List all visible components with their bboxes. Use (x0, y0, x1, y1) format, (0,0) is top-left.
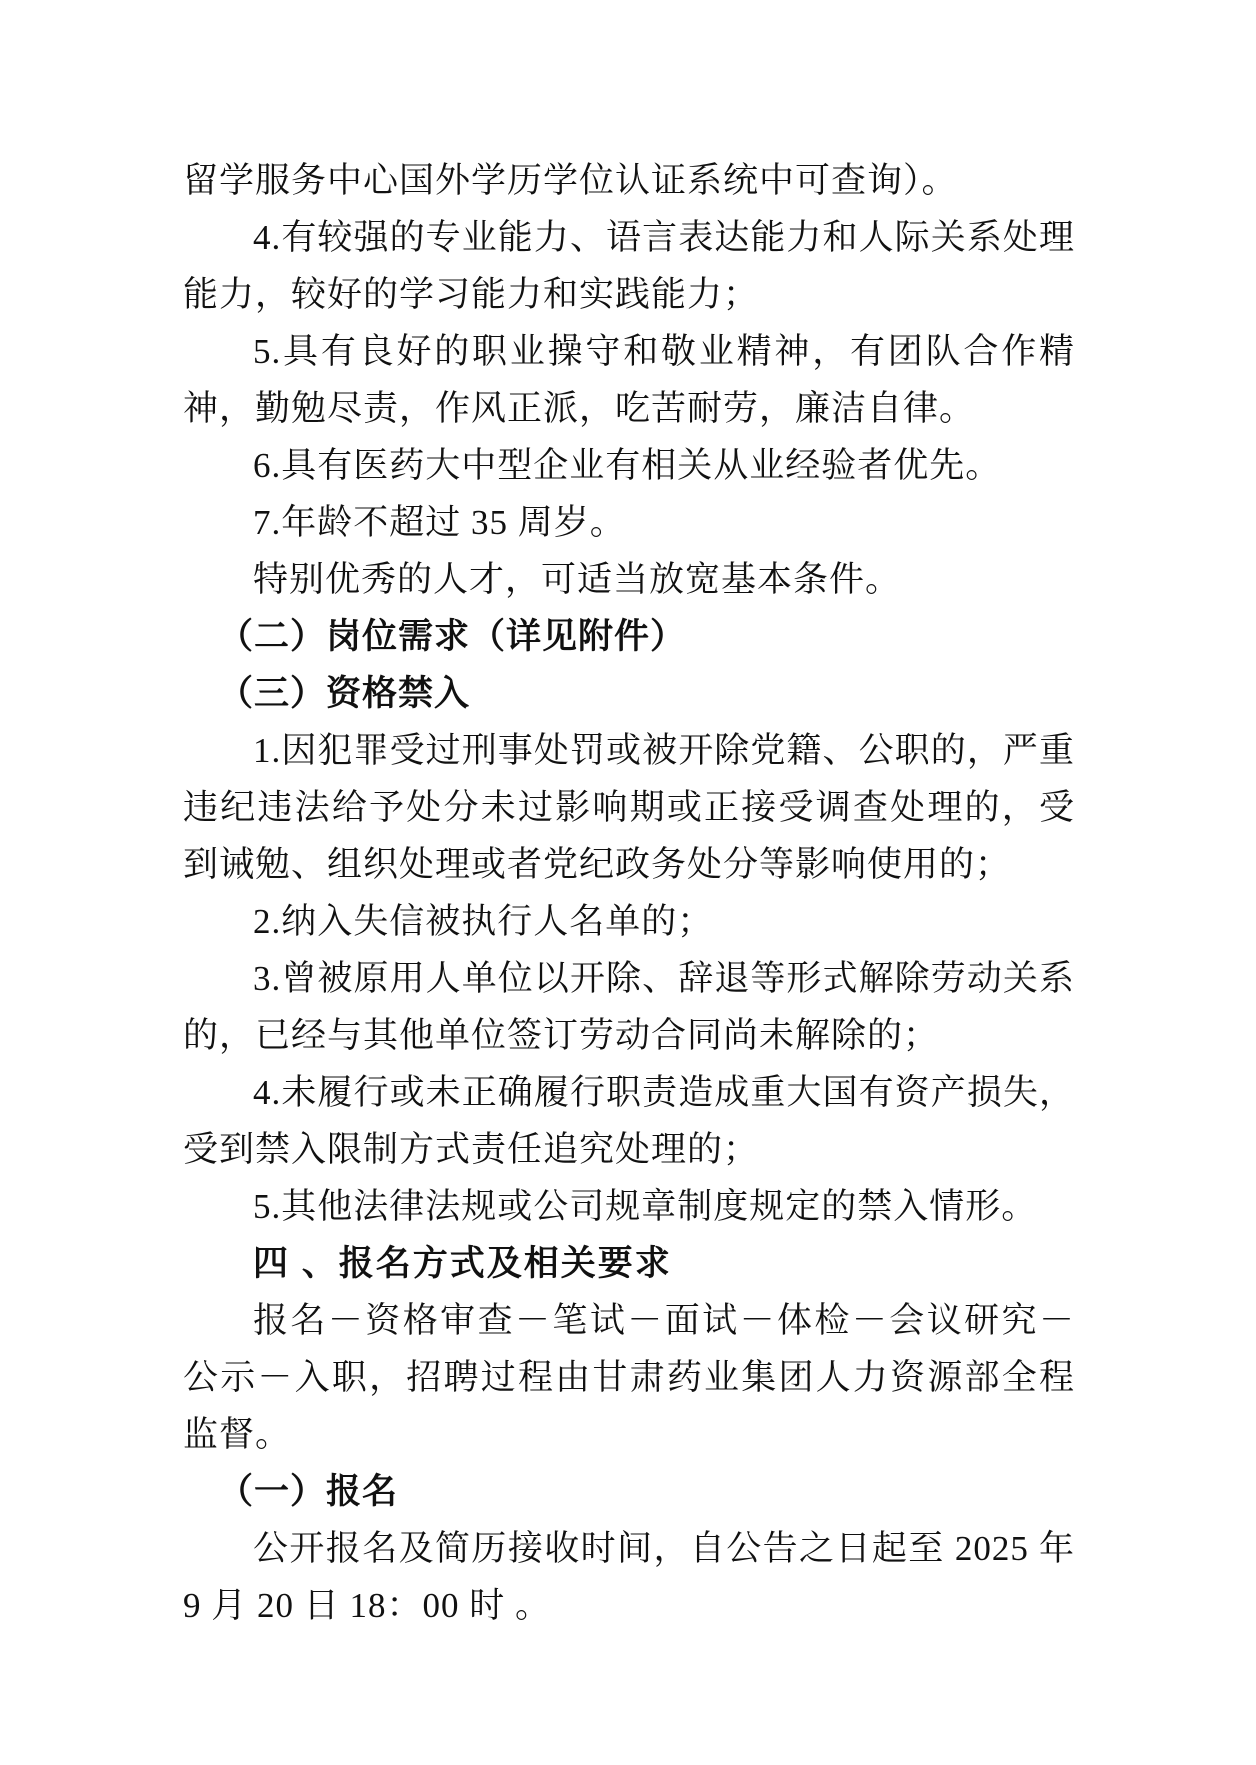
ban-item-1: 1.因犯罪受过刑事处罚或被开除党籍、公职的，严重违纪违法给予处分未过影响期或正接… (183, 722, 1075, 893)
document-text-area: 留学服务中心国外学历学位认证系统中可查询）。 4.有较强的专业能力、语言表达能力… (183, 152, 1075, 1634)
heading-section-1-registration: （一）报名 (183, 1463, 1075, 1520)
paragraph-exceptional-talent: 特别优秀的人才，可适当放宽基本条件。 (183, 551, 1075, 608)
ban-item-3: 3.曾被原用人单位以开除、辞退等形式解除劳动关系的，已经与其他单位签订劳动合同尚… (183, 950, 1075, 1064)
paragraph-registration-time: 公开报名及简历接收时间，自公告之日起至 2025 年 9 月 20 日 18：0… (183, 1520, 1075, 1634)
requirement-item-5: 5.具有良好的职业操守和敬业精神，有团队合作精神，勤勉尽责，作风正派，吃苦耐劳，… (183, 323, 1075, 437)
heading-section-3-qualification-bans: （三）资格禁入 (183, 665, 1075, 722)
paragraph-continuation-degree-verification: 留学服务中心国外学历学位认证系统中可查询）。 (183, 152, 1075, 209)
document-page: 留学服务中心国外学历学位认证系统中可查询）。 4.有较强的专业能力、语言表达能力… (0, 0, 1256, 1765)
requirement-item-4: 4.有较强的专业能力、语言表达能力和人际关系处理能力，较好的学习能力和实践能力； (183, 209, 1075, 323)
ban-item-2: 2.纳入失信被执行人名单的； (183, 893, 1075, 950)
ban-item-5: 5.其他法律法规或公司规章制度规定的禁入情形。 (183, 1178, 1075, 1235)
heading-section-2-position-needs: （二）岗位需求（详见附件） (183, 608, 1075, 665)
ban-item-4: 4.未履行或未正确履行职责造成重大国有资产损失，受到禁入限制方式责任追究处理的； (183, 1064, 1075, 1178)
requirement-item-6: 6.具有医药大中型企业有相关从业经验者优先。 (183, 437, 1075, 494)
paragraph-recruitment-process: 报名－资格审查－笔试－面试－体检－会议研究－公示－入职，招聘过程由甘肃药业集团人… (183, 1292, 1075, 1463)
requirement-item-7: 7.年龄不超过 35 周岁。 (183, 494, 1075, 551)
heading-chapter-4-application-method: 四 、报名方式及相关要求 (183, 1235, 1075, 1292)
